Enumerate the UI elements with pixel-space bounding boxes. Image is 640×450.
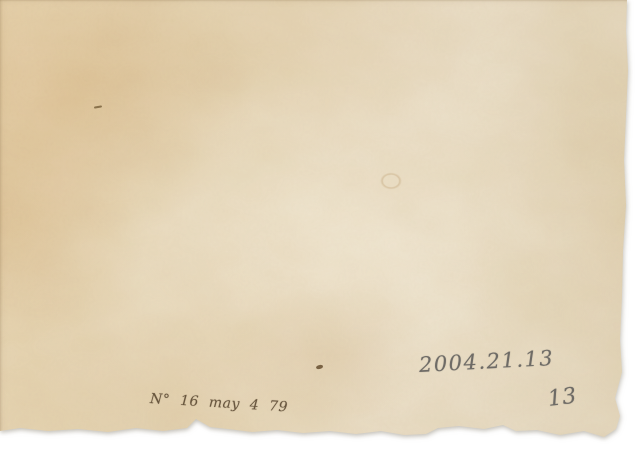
paper-texture [0, 0, 640, 450]
ink-inscription: N° 16 may 4 79 [150, 391, 289, 415]
ink-speck [94, 105, 102, 108]
sheet-number-inscription: 13 [546, 384, 578, 412]
accession-number-inscription: 2004.21.13 [418, 346, 554, 377]
photograph-background: N° 16 may 4 79 2004.21.13 13 [0, 0, 640, 450]
paper-sheet: N° 16 may 4 79 2004.21.13 13 [0, 0, 640, 450]
ink-speck [316, 365, 323, 370]
paper-surface: N° 16 may 4 79 2004.21.13 13 [0, 0, 640, 450]
